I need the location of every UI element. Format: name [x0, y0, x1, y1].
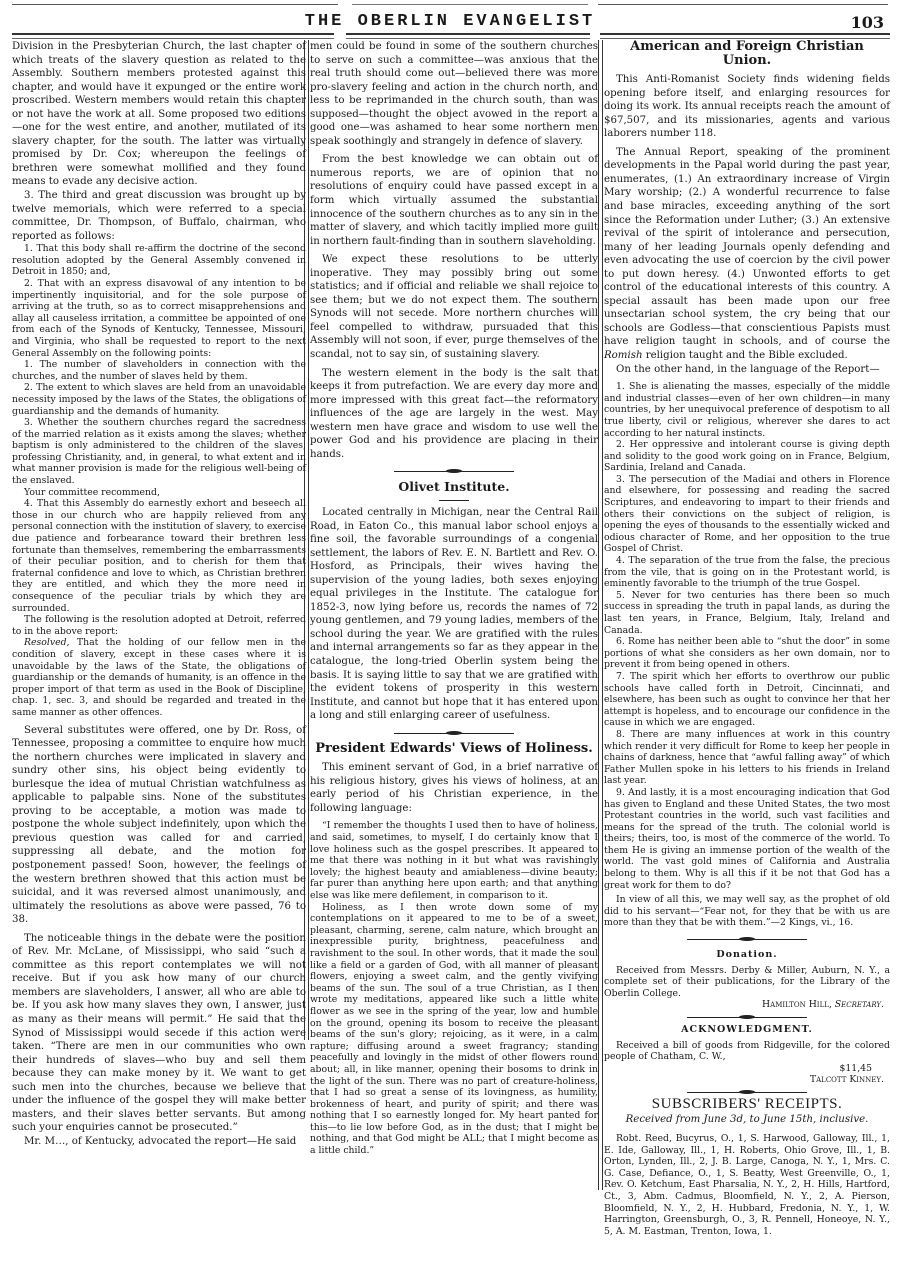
ornamental-separator	[687, 937, 807, 942]
receipts-text: Robt. Reed, Bucyrus, O., 1, S. Harwood, …	[604, 1133, 890, 1237]
resolved-text: That the holding of our fellow men in th…	[12, 637, 306, 718]
report-point: 7. The spirit which her efforts to overt…	[604, 671, 890, 729]
report-point: 5. Never for two centuries has there bee…	[604, 590, 890, 636]
olivet-text: Located centrally in Michigan, near the …	[310, 506, 598, 723]
top-rule	[598, 4, 888, 5]
article-paragraph: Mr. M…, of Kentucky, advocated the repor…	[12, 1135, 306, 1149]
acknowledgment-notice: Received a bill of goods from Ridgeville…	[604, 1040, 890, 1086]
donation-heading: Donation.	[604, 948, 890, 962]
quote-text: Holiness, as I then wrote down some of m…	[310, 902, 598, 1145]
receipts-list: Robt. Reed, Bucyrus, O., 1, S. Harwood, …	[604, 1133, 890, 1237]
afcu-heading: American and Foreign Christian Union.	[604, 40, 890, 67]
donation-notice: Received from Messrs. Derby & Miller, Au…	[604, 965, 890, 1011]
column-2: men could be found in some of the southe…	[310, 40, 598, 1157]
report-point: 6. Rome has neither been able to “shut t…	[604, 636, 890, 671]
column-1: Division in the Presbyterian Church, the…	[12, 40, 306, 1149]
article-paragraph: 3. The third and great discussion was br…	[12, 189, 306, 243]
resolution-item: 2. That with an express disavowal of any…	[12, 278, 306, 359]
article-paragraph: men could be found in some of the southe…	[310, 40, 598, 148]
column-divider	[598, 40, 603, 1190]
acknowledgment-signature: Talcott Kinney.	[604, 1074, 890, 1086]
report-point: 1. She is alienating the masses, especia…	[604, 381, 890, 439]
edwards-heading: President Edwards' Views of Holiness.	[310, 742, 598, 756]
quote-emphasis: ALL	[463, 1133, 482, 1144]
closing-paragraph: In view of all this, we may well say, as…	[604, 894, 890, 929]
ornamental-separator	[394, 731, 514, 736]
header-rule	[346, 33, 590, 39]
signature-title: Secretary.	[835, 999, 884, 1010]
quote-paragraph: “I remember the thoughts I used then to …	[310, 820, 598, 901]
header-rule	[12, 33, 334, 39]
committee-report: 1. That this body shall re-affirm the do…	[12, 243, 306, 718]
article-paragraph: From the best knowledge we can obtain ou…	[310, 153, 598, 248]
receipts-heading: SUBSCRIBERS' RECEIPTS.	[604, 1098, 890, 1112]
resolution-item: 1. The number of slaveholders in connect…	[12, 359, 306, 382]
top-rule	[352, 4, 588, 5]
resolution-item: 3. Whether the southern churches regard …	[12, 417, 306, 487]
report-point: 8. There are many influences at work in …	[604, 729, 890, 787]
resolution-item: 1. That this body shall re-affirm the do…	[12, 243, 306, 278]
report-point: 3. The persecution of the Madiai and oth…	[604, 474, 890, 555]
donation-signature: Hamilton Hill, Secretary.	[604, 999, 890, 1011]
short-rule	[439, 500, 469, 501]
resolution-item: 2. The extent to which slaves are held f…	[12, 382, 306, 417]
article-paragraph: The Annual Report, speaking of the promi…	[604, 146, 890, 363]
ornamental-separator	[394, 469, 514, 474]
article-paragraph: Several substitutes were offered, one by…	[12, 724, 306, 927]
edwards-quote: “I remember the thoughts I used then to …	[310, 820, 598, 1156]
acknowledgment-heading: ACKNOWLEDGMENT.	[604, 1023, 890, 1037]
ornamental-separator	[687, 1090, 807, 1095]
report-points: 1. She is alienating the masses, especia…	[604, 381, 890, 929]
edwards-intro: This eminent servant of God, in a brief …	[310, 761, 598, 815]
masthead: THE OBERLIN EVANGELIST 103	[0, 0, 900, 36]
signature-name: Hamilton Hill,	[762, 999, 832, 1010]
column-3: American and Foreign Christian Union. Th…	[604, 40, 890, 1237]
article-paragraph: The noticeable things in the debate were…	[12, 932, 306, 1135]
report-point: 2. Her oppressive and intolerant course …	[604, 439, 890, 474]
resolution-item: 4. That this Assembly do earnestly exhor…	[12, 498, 306, 614]
ornamental-separator	[687, 1015, 807, 1020]
resolution-item: The following is the resolution adopted …	[12, 614, 306, 637]
acknowledgment-amount: $11,45	[604, 1063, 890, 1075]
article-paragraph: We expect these resolutions to be utterl…	[310, 253, 598, 361]
page-number: 103	[851, 13, 884, 32]
quote-paragraph: Holiness, as I then wrote down some of m…	[310, 902, 598, 1157]
article-paragraph: On the other hand, in the language of th…	[604, 363, 890, 377]
detroit-resolution: Resolved, That the holding of our fellow…	[12, 637, 306, 718]
article-paragraph: Division in the Presbyterian Church, the…	[12, 40, 306, 189]
italic-word: Romish	[604, 350, 643, 361]
acknowledgment-text: Received a bill of goods from Ridgeville…	[604, 1040, 890, 1063]
paragraph-text: religion taught and the Bible excluded.	[643, 350, 848, 361]
report-point: 9. And lastly, it is a most encouraging …	[604, 787, 890, 891]
paragraph-text: The Annual Report, speaking of the promi…	[604, 147, 890, 348]
resolved-label: Resolved,	[24, 637, 70, 648]
resolution-item: Your committee recommend,	[12, 487, 306, 499]
olivet-heading: Olivet Institute.	[310, 480, 598, 494]
donation-text: Received from Messrs. Derby & Miller, Au…	[604, 965, 890, 1000]
report-point: 4. The separation of the true from the f…	[604, 555, 890, 590]
receipts-subheading: Received from June 3d, to June 15th, inc…	[604, 1113, 890, 1127]
newspaper-title: THE OBERLIN EVANGELIST	[0, 12, 900, 31]
article-paragraph: The western element in the body is the s…	[310, 367, 598, 462]
top-rule	[12, 4, 338, 5]
article-paragraph: This Anti-Romanist Society finds widenin…	[604, 73, 890, 141]
